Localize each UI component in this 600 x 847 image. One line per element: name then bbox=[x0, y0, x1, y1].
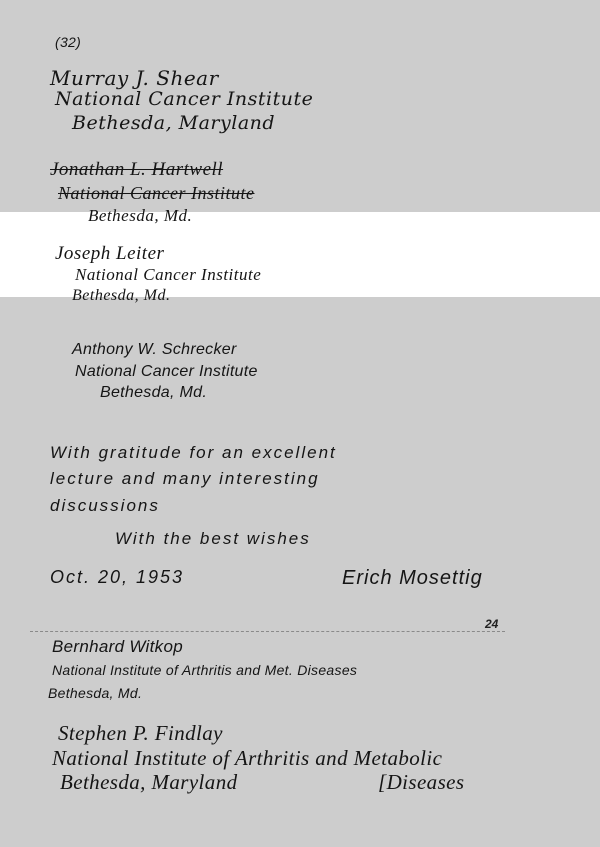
signer-location: Bethesda, Md. bbox=[48, 686, 142, 700]
signer-location: Bethesda, Md. bbox=[72, 288, 170, 304]
signer-institution: National Institute of Arthritis and Meta… bbox=[52, 748, 442, 769]
signer-institution: National Cancer Institute bbox=[58, 184, 255, 202]
signer-location: Bethesda, Maryland bbox=[60, 772, 238, 793]
signer-name: Joseph Leiter bbox=[55, 244, 164, 263]
signer-name: Jonathan L. Hartwell bbox=[50, 160, 223, 179]
page-divider bbox=[30, 631, 505, 632]
signer-institution: National Cancer Institute bbox=[55, 90, 313, 109]
signer-location: Bethesda, Maryland bbox=[72, 114, 275, 133]
signer-name: Murray J. Shear bbox=[50, 68, 219, 88]
signer-institution-continued: [Diseases bbox=[378, 772, 464, 793]
signer-location: Bethesda, Md. bbox=[88, 207, 192, 224]
signer-institution: National Cancer Institute bbox=[75, 364, 258, 380]
message-line-3: discussions bbox=[50, 497, 160, 514]
signer-name: Anthony W. Schrecker bbox=[72, 342, 237, 358]
message-closing: With the best wishes bbox=[115, 530, 311, 547]
message-date: Oct. 20, 1953 bbox=[50, 568, 184, 586]
signer-name: Bernhard Witkop bbox=[52, 638, 183, 655]
signer-location: Bethesda, Md. bbox=[100, 385, 207, 401]
message-line-1: With gratitude for an excellent bbox=[50, 444, 337, 461]
message-line-2: lecture and many interesting bbox=[50, 470, 320, 487]
sheet-number: 24 bbox=[485, 617, 498, 631]
message-signature: Erich Mosettig bbox=[342, 568, 483, 588]
signer-name: Stephen P. Findlay bbox=[58, 723, 223, 744]
signer-institution: National Cancer Institute bbox=[75, 266, 261, 283]
signer-institution: National Institute of Arthritis and Met.… bbox=[52, 663, 357, 677]
page-marker: (32) bbox=[55, 35, 81, 49]
